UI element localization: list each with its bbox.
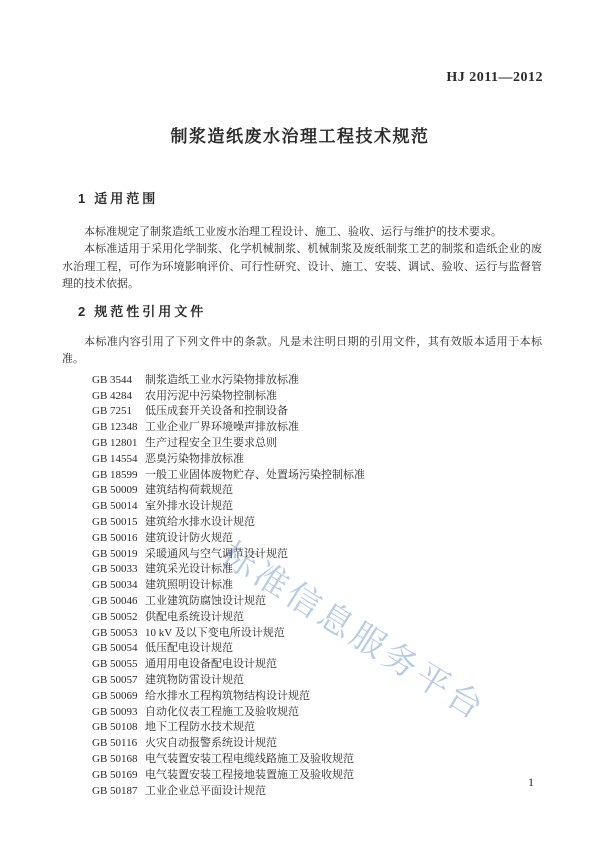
reference-list: GB 3544 制浆造纸工业水污染物排放标准 GB 4284 农用污泥中污染物控…: [62, 373, 542, 800]
reference-code: GB 50034: [92, 578, 145, 594]
reference-title: 通用用电设备配电设计规范: [145, 657, 542, 673]
reference-title: 自动化仪表工程施工及验收规范: [145, 705, 542, 721]
reference-code: GB 50046: [92, 594, 145, 610]
section-1-number: 1: [78, 191, 85, 206]
reference-item: GB 14554 恶臭污染物排放标准: [92, 452, 542, 468]
reference-item: GB 12801 生产过程安全卫生要求总则: [92, 436, 542, 452]
section-2-title: 规范性引用文件: [94, 304, 206, 319]
reference-title: 农用污泥中污染物控制标准: [145, 389, 542, 405]
reference-code: GB 12348: [92, 420, 145, 436]
reference-code: GB 50116: [92, 736, 145, 752]
reference-title: 地下工程防水技术规范: [145, 720, 542, 736]
reference-item: GB 50033 建筑采光设计标准: [92, 562, 542, 578]
reference-item: GB 18599 一般工业固体废物贮存、处置场污染控制标准: [92, 468, 542, 484]
reference-item: GB 4284 农用污泥中污染物控制标准: [92, 389, 542, 405]
reference-code: GB 50055: [92, 657, 145, 673]
reference-item: GB 50108 地下工程防水技术规范: [92, 720, 542, 736]
reference-title: 建筑物防雷设计规范: [145, 673, 542, 689]
section-2-heading: 2规范性引用文件: [78, 304, 542, 320]
reference-title: 建筑结构荷载规范: [145, 483, 542, 499]
reference-code: GB 4284: [92, 389, 145, 405]
reference-code: GB 18599: [92, 468, 145, 484]
reference-code: GB 50054: [92, 641, 145, 657]
reference-title: 采暖通风与空气调节设计规范: [145, 547, 542, 563]
reference-item: GB 50116 火灾自动报警系统设计规范: [92, 736, 542, 752]
reference-item: GB 50015 建筑给水排水设计规范: [92, 515, 542, 531]
reference-code: GB 3544: [92, 373, 145, 389]
reference-item: GB 7251 低压成套开关设备和控制设备: [92, 404, 542, 420]
reference-code: GB 50014: [92, 499, 145, 515]
document-body: 1适用范围 本标准规定了制浆造纸工业废水治理工程设计、施工、验收、运行与维护的技…: [62, 191, 542, 799]
reference-title: 一般工业固体废物贮存、处置场污染控制标准: [145, 468, 542, 484]
reference-item: GB 50009 建筑结构荷载规范: [92, 483, 542, 499]
reference-code: GB 50069: [92, 689, 145, 705]
page-number: 1: [528, 775, 534, 790]
section-1-heading: 1适用范围: [78, 191, 542, 207]
reference-code: GB 50093: [92, 705, 145, 721]
reference-title: 火灾自动报警系统设计规范: [145, 736, 542, 752]
reference-title: 工业企业厂界环境噪声排放标准: [145, 420, 542, 436]
reference-item: GB 50168 电气装置安装工程电缆线路施工及验收规范: [92, 752, 542, 768]
reference-code: GB 50016: [92, 531, 145, 547]
reference-title: 工业建筑防腐蚀设计规范: [145, 594, 542, 610]
reference-item: GB 50014 室外排水设计规范: [92, 499, 542, 515]
reference-title: 建筑给水排水设计规范: [145, 515, 542, 531]
section-2-intro-paragraph: 本标准内容引用了下列文件中的条款。凡是未注明日期的引用文件，其有效版本适用于本标…: [62, 334, 542, 369]
reference-title: 建筑采光设计标准: [145, 562, 542, 578]
reference-code: GB 50057: [92, 673, 145, 689]
reference-code: GB 50009: [92, 483, 145, 499]
document-page: 标准信息服务平台 HJ 2011—2012 制浆造纸废水治理工程技术规范 1适用…: [0, 0, 600, 849]
reference-title: 10 kV 及以下变电所设计规范: [145, 626, 542, 642]
reference-title: 生产过程安全卫生要求总则: [145, 436, 542, 452]
reference-item: GB 50187 工业企业总平面设计规范: [92, 784, 542, 800]
reference-title: 电气装置安装工程接地装置施工及验收规范: [145, 768, 542, 784]
section-1-title: 适用范围: [94, 191, 158, 206]
reference-code: GB 14554: [92, 452, 145, 468]
reference-title: 室外排水设计规范: [145, 499, 542, 515]
reference-item: GB 50169 电气装置安装工程接地装置施工及验收规范: [92, 768, 542, 784]
reference-title: 建筑照明设计标准: [145, 578, 542, 594]
reference-title: 电气装置安装工程电缆线路施工及验收规范: [145, 752, 542, 768]
reference-item: GB 12348 工业企业厂界环境噪声排放标准: [92, 420, 542, 436]
reference-item: GB 50019 采暖通风与空气调节设计规范: [92, 547, 542, 563]
reference-code: GB 7251: [92, 404, 145, 420]
reference-title: 建筑设计防火规范: [145, 531, 542, 547]
reference-item: GB 50052 供配电系统设计规范: [92, 610, 542, 626]
reference-item: GB 50046 工业建筑防腐蚀设计规范: [92, 594, 542, 610]
reference-item: GB 50016 建筑设计防火规范: [92, 531, 542, 547]
section-1-paragraph-2: 本标准适用于采用化学制浆、化学机械制浆、机械制浆及废纸制浆工艺的制浆和造纸企业的…: [62, 241, 542, 293]
reference-item: GB 50034 建筑照明设计标准: [92, 578, 542, 594]
reference-item: GB 3544 制浆造纸工业水污染物排放标准: [92, 373, 542, 389]
reference-code: GB 50169: [92, 768, 145, 784]
reference-title: 工业企业总平面设计规范: [145, 784, 542, 800]
reference-code: GB 50168: [92, 752, 145, 768]
reference-code: GB 50187: [92, 784, 145, 800]
reference-code: GB 50052: [92, 610, 145, 626]
reference-code: GB 50053: [92, 626, 145, 642]
reference-title: 恶臭污染物排放标准: [145, 452, 542, 468]
reference-title: 制浆造纸工业水污染物排放标准: [145, 373, 542, 389]
reference-title: 供配电系统设计规范: [145, 610, 542, 626]
reference-code: GB 12801: [92, 436, 145, 452]
document-title: 制浆造纸废水治理工程技术规范: [0, 122, 600, 147]
reference-item: GB 50069 给水排水工程构筑物结构设计规范: [92, 689, 542, 705]
standard-code: HJ 2011—2012: [446, 70, 543, 86]
reference-item: GB 50054 低压配电设计规范: [92, 641, 542, 657]
reference-code: GB 50108: [92, 720, 145, 736]
reference-code: GB 50015: [92, 515, 145, 531]
section-2-number: 2: [78, 304, 85, 319]
reference-item: GB 50093 自动化仪表工程施工及验收规范: [92, 705, 542, 721]
reference-code: GB 50019: [92, 547, 145, 563]
reference-code: GB 50033: [92, 562, 145, 578]
reference-title: 低压配电设计规范: [145, 641, 542, 657]
reference-title: 低压成套开关设备和控制设备: [145, 404, 542, 420]
reference-item: GB 50057 建筑物防雷设计规范: [92, 673, 542, 689]
reference-item: GB 50055 通用用电设备配电设计规范: [92, 657, 542, 673]
reference-item: GB 50053 10 kV 及以下变电所设计规范: [92, 626, 542, 642]
reference-title: 给水排水工程构筑物结构设计规范: [145, 689, 542, 705]
section-1-paragraph-1: 本标准规定了制浆造纸工业废水治理工程设计、施工、验收、运行与维护的技术要求。: [62, 224, 542, 241]
